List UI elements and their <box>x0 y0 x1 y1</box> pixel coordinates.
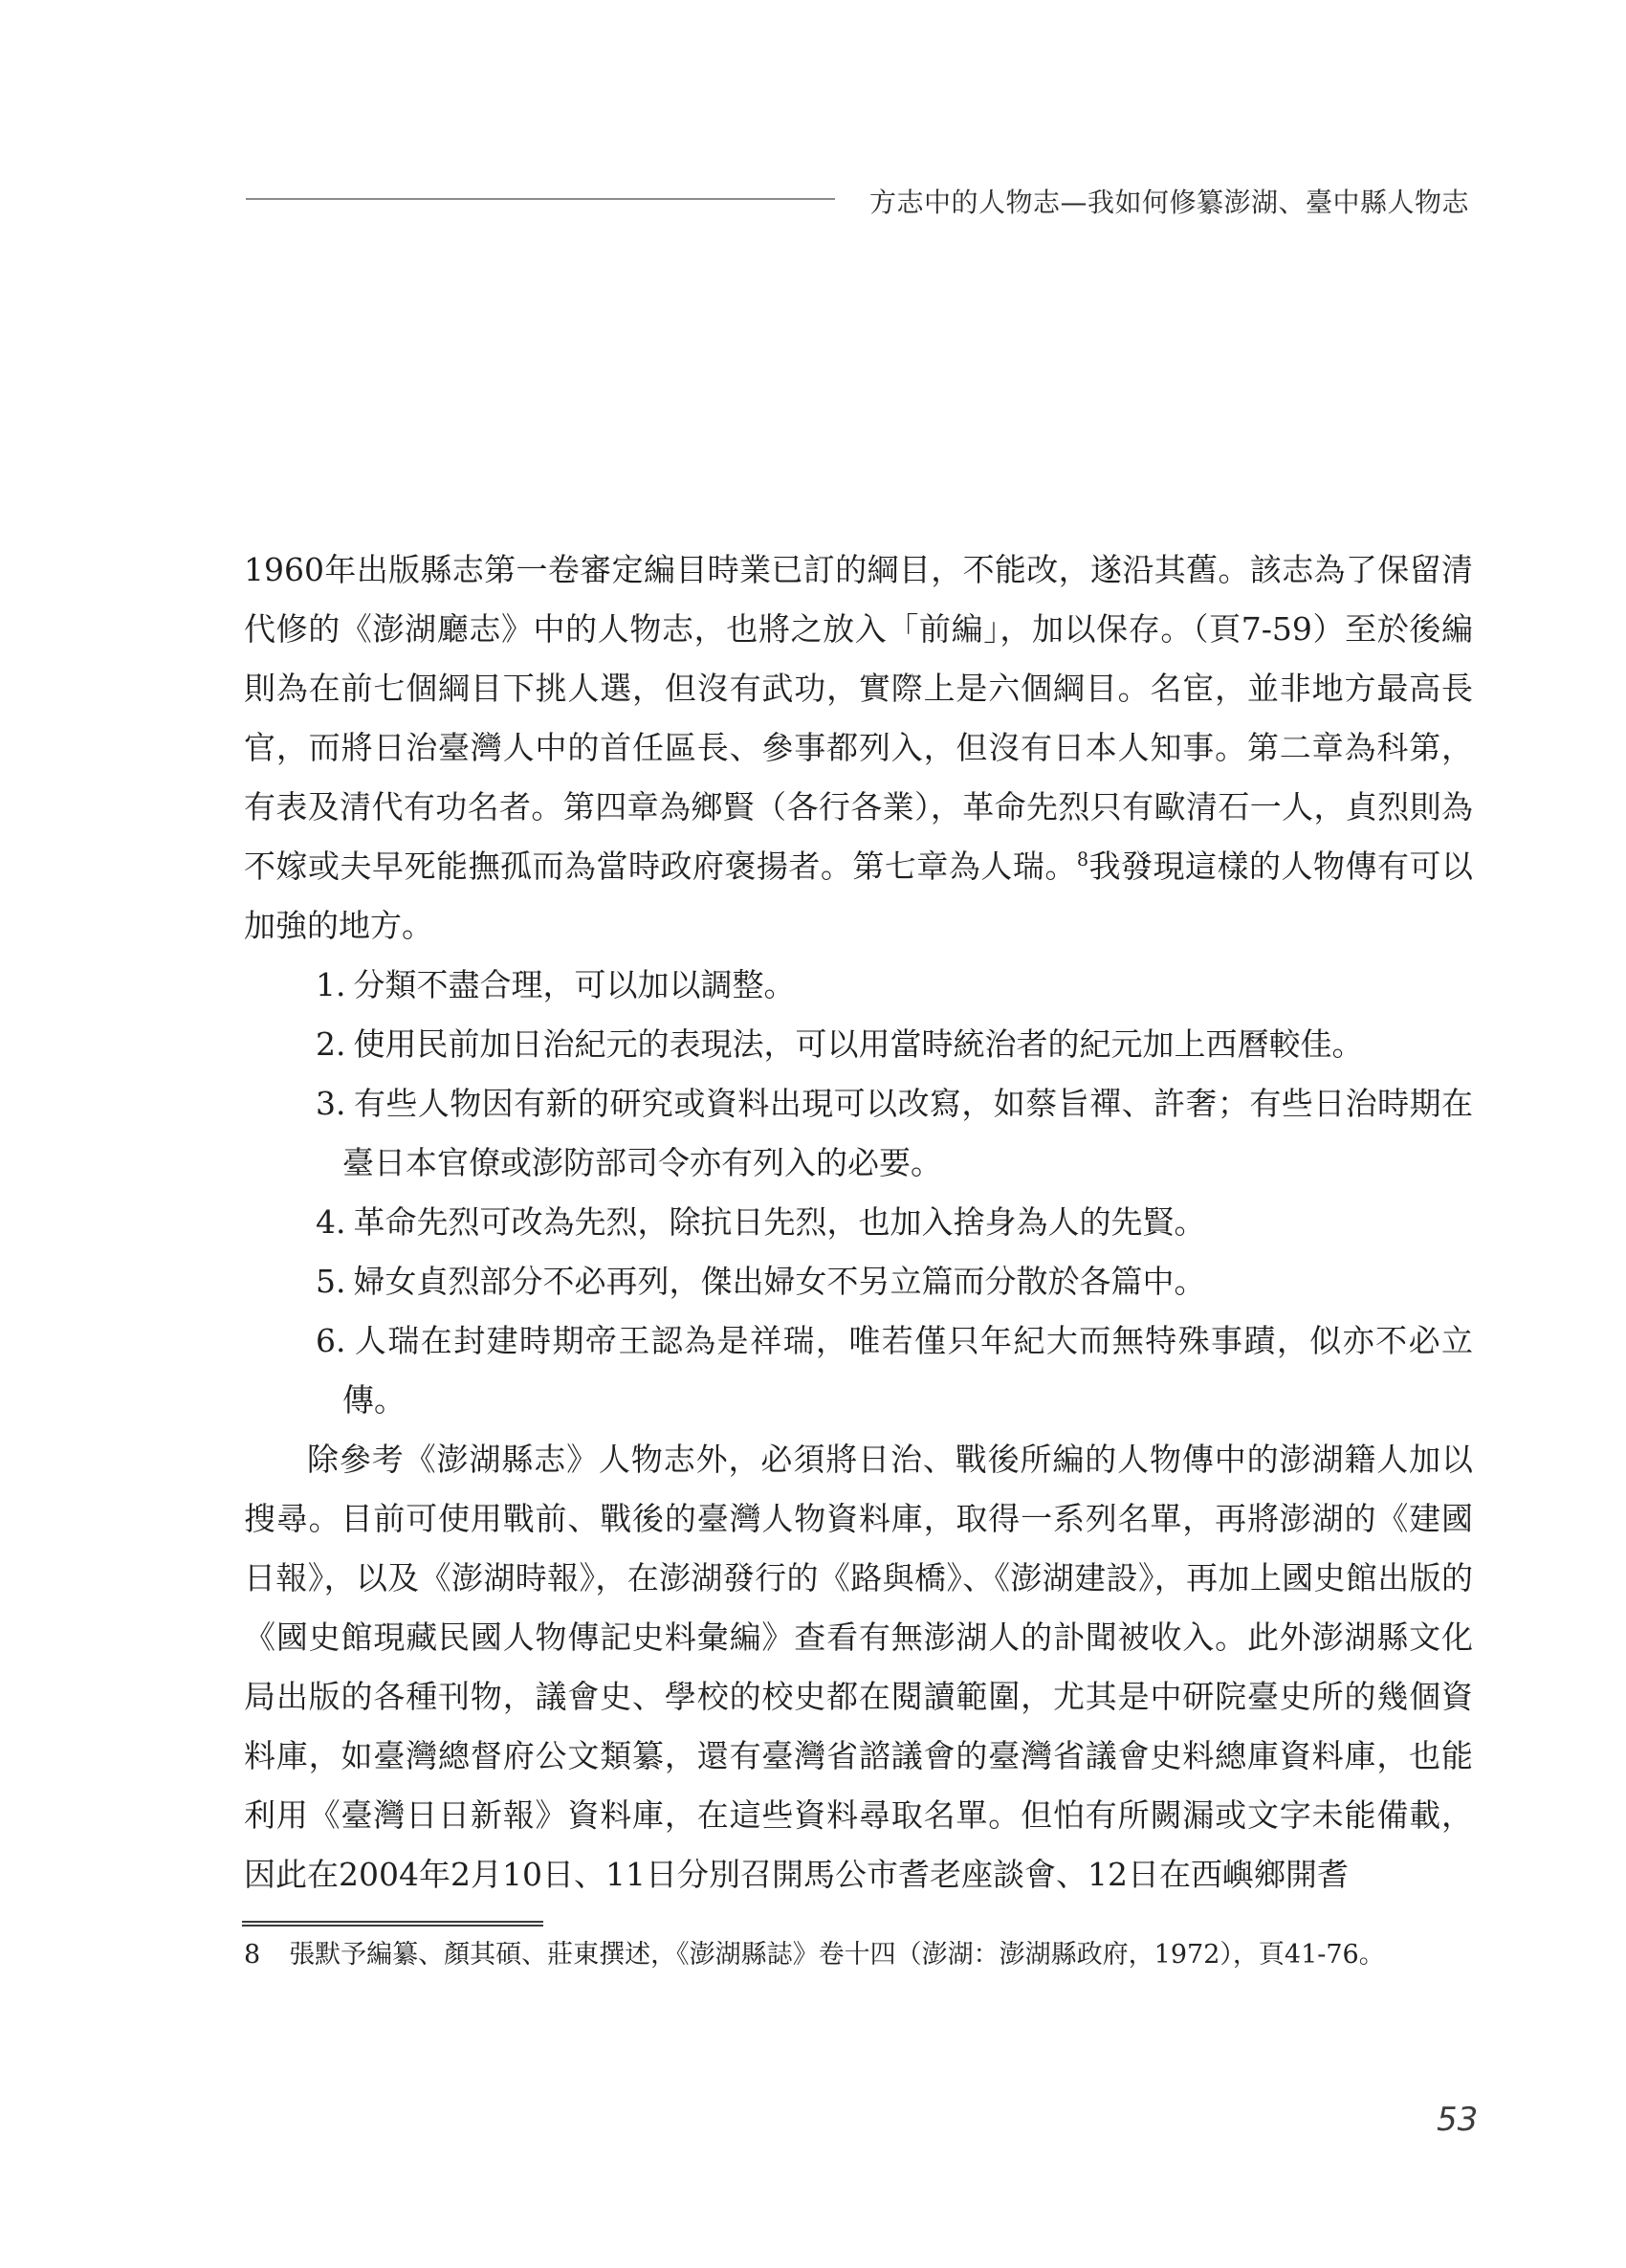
paragraph-2: 除參考《澎湖縣志》人物志外，必須將日治、戰後所編的人物傳中的澎湖籍人加以搜尋。目… <box>244 1430 1473 1905</box>
list-item-3: 3.有些人物因有新的研究或資料出現可以改寫，如蔡旨禪、許奢；有些日治時期在臺日本… <box>316 1074 1473 1193</box>
list-item-4-number: 4. <box>316 1203 354 1241</box>
list-item-6: 6.人瑞在封建時期帝王認為是祥瑞，唯若僅只年紀大而無特殊事蹟，似亦不必立傳。 <box>316 1311 1473 1430</box>
paragraph-1: 1960年出版縣志第一卷審定編目時業已訂的綱目，不能改，遂沿其舊。該志為了保留清… <box>244 540 1473 956</box>
list-item-4-text: 革命先烈可改為先烈，除抗日先烈，也加入捨身為人的先賢。 <box>354 1203 1206 1241</box>
footnote-8-marker: 8 <box>244 1934 289 1976</box>
list-item-4: 4.革命先烈可改為先烈，除抗日先烈，也加入捨身為人的先賢。 <box>316 1193 1473 1252</box>
footnote-separator-rule <box>242 1921 543 1927</box>
footnote-8-text: 張默予編纂、顏其碩、莊東撰述，《澎湖縣誌》卷十四（澎湖：澎湖縣政府，1972），… <box>289 1934 1473 1976</box>
paragraph-1-before-note: 1960年出版縣志第一卷審定編目時業已訂的綱目，不能改，遂沿其舊。該志為了保留清… <box>244 551 1473 885</box>
numbered-list: 1.分類不盡合理，可以加以調整。 2.使用民前加日治紀元的表現法，可以用當時統治… <box>244 956 1473 1430</box>
footnote-reference-8: 8 <box>1077 848 1088 870</box>
body-text: 1960年出版縣志第一卷審定編目時業已訂的綱目，不能改，遂沿其舊。該志為了保留清… <box>244 540 1473 1905</box>
header-rule <box>246 198 835 200</box>
list-item-6-text: 人瑞在封建時期帝王認為是祥瑞，唯若僅只年紀大而無特殊事蹟，似亦不必立傳。 <box>342 1322 1473 1419</box>
list-item-1-number: 1. <box>316 966 354 1003</box>
list-item-6-number: 6. <box>316 1322 354 1359</box>
list-item-2-text: 使用民前加日治紀元的表現法，可以用當時統治者的紀元加上西曆較佳。 <box>354 1025 1364 1063</box>
list-item-1-text: 分類不盡合理，可以加以調整。 <box>354 966 796 1003</box>
running-header-title: 方志中的人物志—我如何修纂澎湖、臺中縣人物志 <box>869 182 1469 220</box>
list-item-1: 1.分類不盡合理，可以加以調整。 <box>316 956 1473 1015</box>
list-item-2: 2.使用民前加日治紀元的表現法，可以用當時統治者的紀元加上西曆較佳。 <box>316 1015 1473 1074</box>
list-item-5-number: 5. <box>316 1263 354 1300</box>
document-page: 方志中的人物志—我如何修纂澎湖、臺中縣人物志 1960年出版縣志第一卷審定編目時… <box>0 0 1626 2268</box>
list-item-5: 5.婦女貞烈部分不必再列，傑出婦女不另立篇而分散於各篇中。 <box>316 1252 1473 1311</box>
list-item-3-number: 3. <box>316 1085 354 1122</box>
footnote-8: 8 張默予編纂、顏其碩、莊東撰述，《澎湖縣誌》卷十四（澎湖：澎湖縣政府，1972… <box>244 1934 1473 1976</box>
list-item-2-number: 2. <box>316 1025 354 1063</box>
page-number: 53 <box>1437 2101 1478 2139</box>
list-item-5-text: 婦女貞烈部分不必再列，傑出婦女不另立篇而分散於各篇中。 <box>354 1263 1206 1300</box>
list-item-3-text: 有些人物因有新的研究或資料出現可以改寫，如蔡旨禪、許奢；有些日治時期在臺日本官僚… <box>342 1085 1473 1181</box>
